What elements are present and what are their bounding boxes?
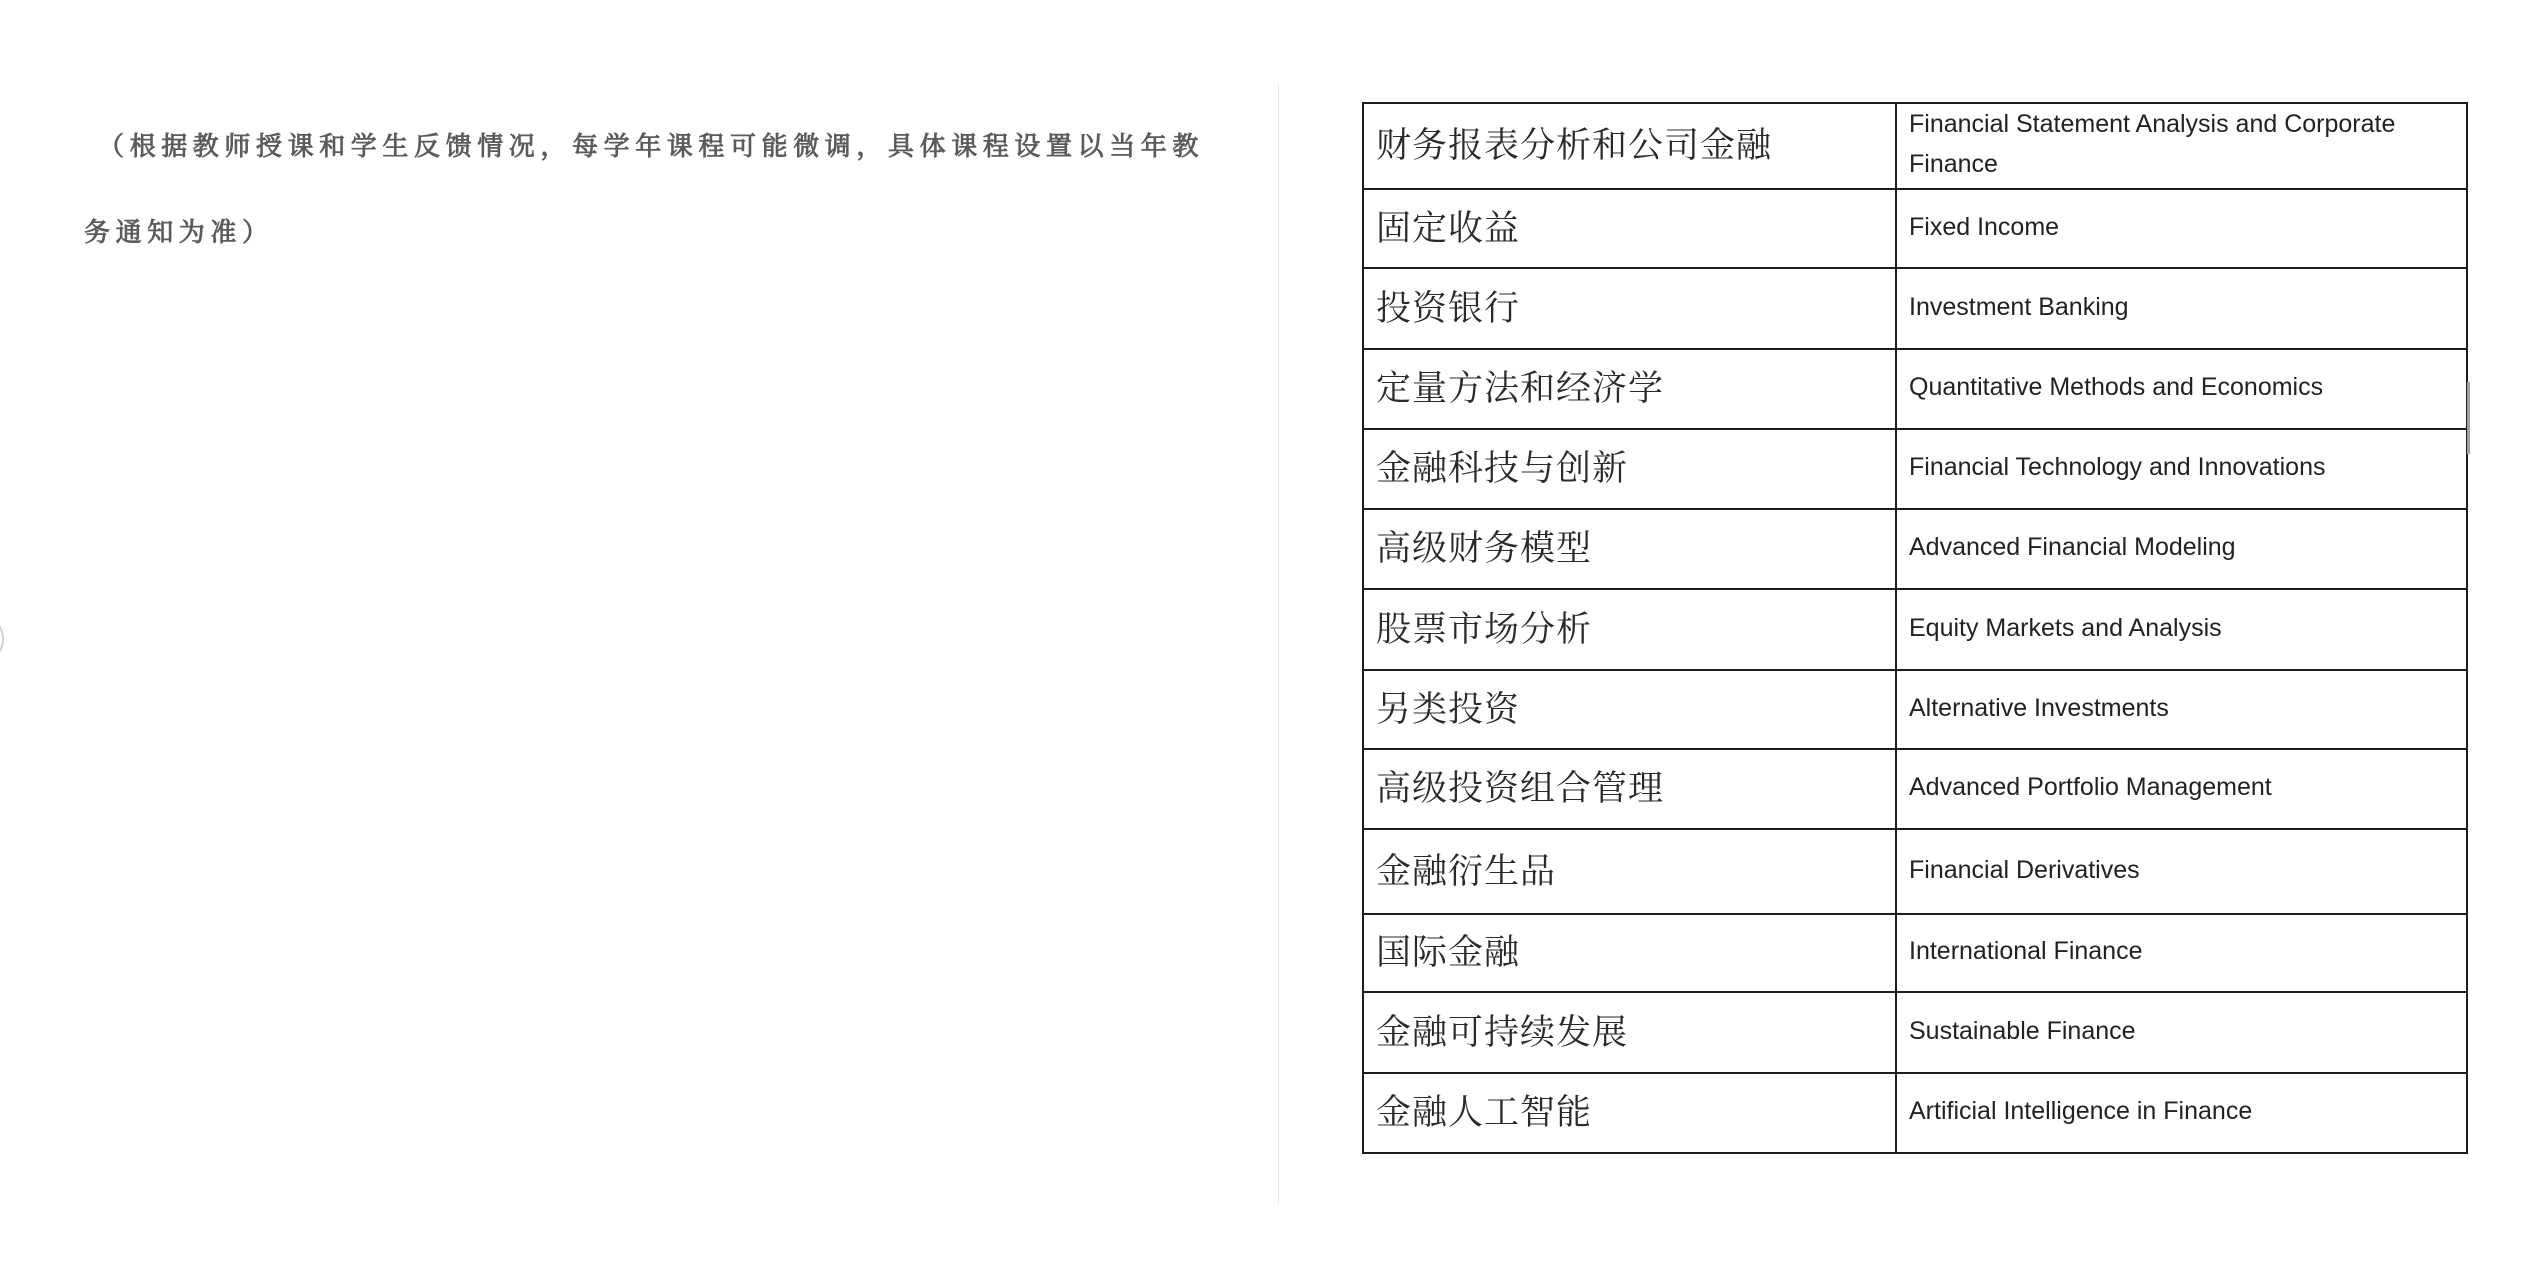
table-row: 国际金融International Finance (1363, 914, 2467, 992)
note-line-1: （根据教师授课和学生反馈情况，每学年课程可能微调，具体课程设置以当年教 (98, 104, 1284, 190)
table-row: 固定收益Fixed Income (1363, 189, 2467, 268)
course-table: 财务报表分析和公司金融Financial Statement Analysis … (1362, 102, 2468, 1154)
table-row: 投资银行Investment Banking (1363, 268, 2467, 349)
course-name-zh: 财务报表分析和公司金融 (1363, 103, 1896, 189)
course-name-zh: 投资银行 (1363, 268, 1896, 349)
table-row: 金融衍生品Financial Derivatives (1363, 829, 2467, 914)
course-name-en: Financial Technology and Innovations (1896, 429, 2467, 509)
text-cursor-mark (2467, 382, 2470, 454)
course-name-en: Financial Derivatives (1896, 829, 2467, 914)
table-row: 金融可持续发展Sustainable Finance (1363, 992, 2467, 1073)
table-row: 高级财务模型Advanced Financial Modeling (1363, 509, 2467, 589)
carousel-prev-button[interactable] (0, 614, 4, 664)
table-row: 金融人工智能Artificial Intelligence in Finance (1363, 1073, 2467, 1153)
table-row: 金融科技与创新Financial Technology and Innovati… (1363, 429, 2467, 509)
table-row: 定量方法和经济学Quantitative Methods and Economi… (1363, 349, 2467, 429)
course-name-en: Financial Statement Analysis and Corpora… (1896, 103, 2467, 189)
course-name-en: International Finance (1896, 914, 2467, 992)
note-line-2: 务通知为准） (84, 190, 1284, 276)
course-name-zh: 另类投资 (1363, 670, 1896, 749)
course-name-en: Advanced Portfolio Management (1896, 749, 2467, 829)
table-row: 高级投资组合管理Advanced Portfolio Management (1363, 749, 2467, 829)
course-name-en: Fixed Income (1896, 189, 2467, 268)
course-name-zh: 高级投资组合管理 (1363, 749, 1896, 829)
course-name-en: Artificial Intelligence in Finance (1896, 1073, 2467, 1153)
course-name-zh: 固定收益 (1363, 189, 1896, 268)
course-name-zh: 金融可持续发展 (1363, 992, 1896, 1073)
course-name-en: Alternative Investments (1896, 670, 2467, 749)
curriculum-note: （根据教师授课和学生反馈情况，每学年课程可能微调，具体课程设置以当年教 务通知为… (84, 104, 1284, 276)
course-name-zh: 金融衍生品 (1363, 829, 1896, 914)
course-name-en: Advanced Financial Modeling (1896, 509, 2467, 589)
table-row: 另类投资Alternative Investments (1363, 670, 2467, 749)
course-name-zh: 金融人工智能 (1363, 1073, 1896, 1153)
course-name-zh: 高级财务模型 (1363, 509, 1896, 589)
table-row: 股票市场分析Equity Markets and Analysis (1363, 589, 2467, 670)
column-divider (1278, 84, 1279, 1204)
table-row: 财务报表分析和公司金融Financial Statement Analysis … (1363, 103, 2467, 189)
course-name-zh: 国际金融 (1363, 914, 1896, 992)
course-name-zh: 定量方法和经济学 (1363, 349, 1896, 429)
course-name-en: Sustainable Finance (1896, 992, 2467, 1073)
course-name-en: Equity Markets and Analysis (1896, 589, 2467, 670)
course-name-zh: 金融科技与创新 (1363, 429, 1896, 509)
course-name-en: Investment Banking (1896, 268, 2467, 349)
course-name-zh: 股票市场分析 (1363, 589, 1896, 670)
course-name-en: Quantitative Methods and Economics (1896, 349, 2467, 429)
